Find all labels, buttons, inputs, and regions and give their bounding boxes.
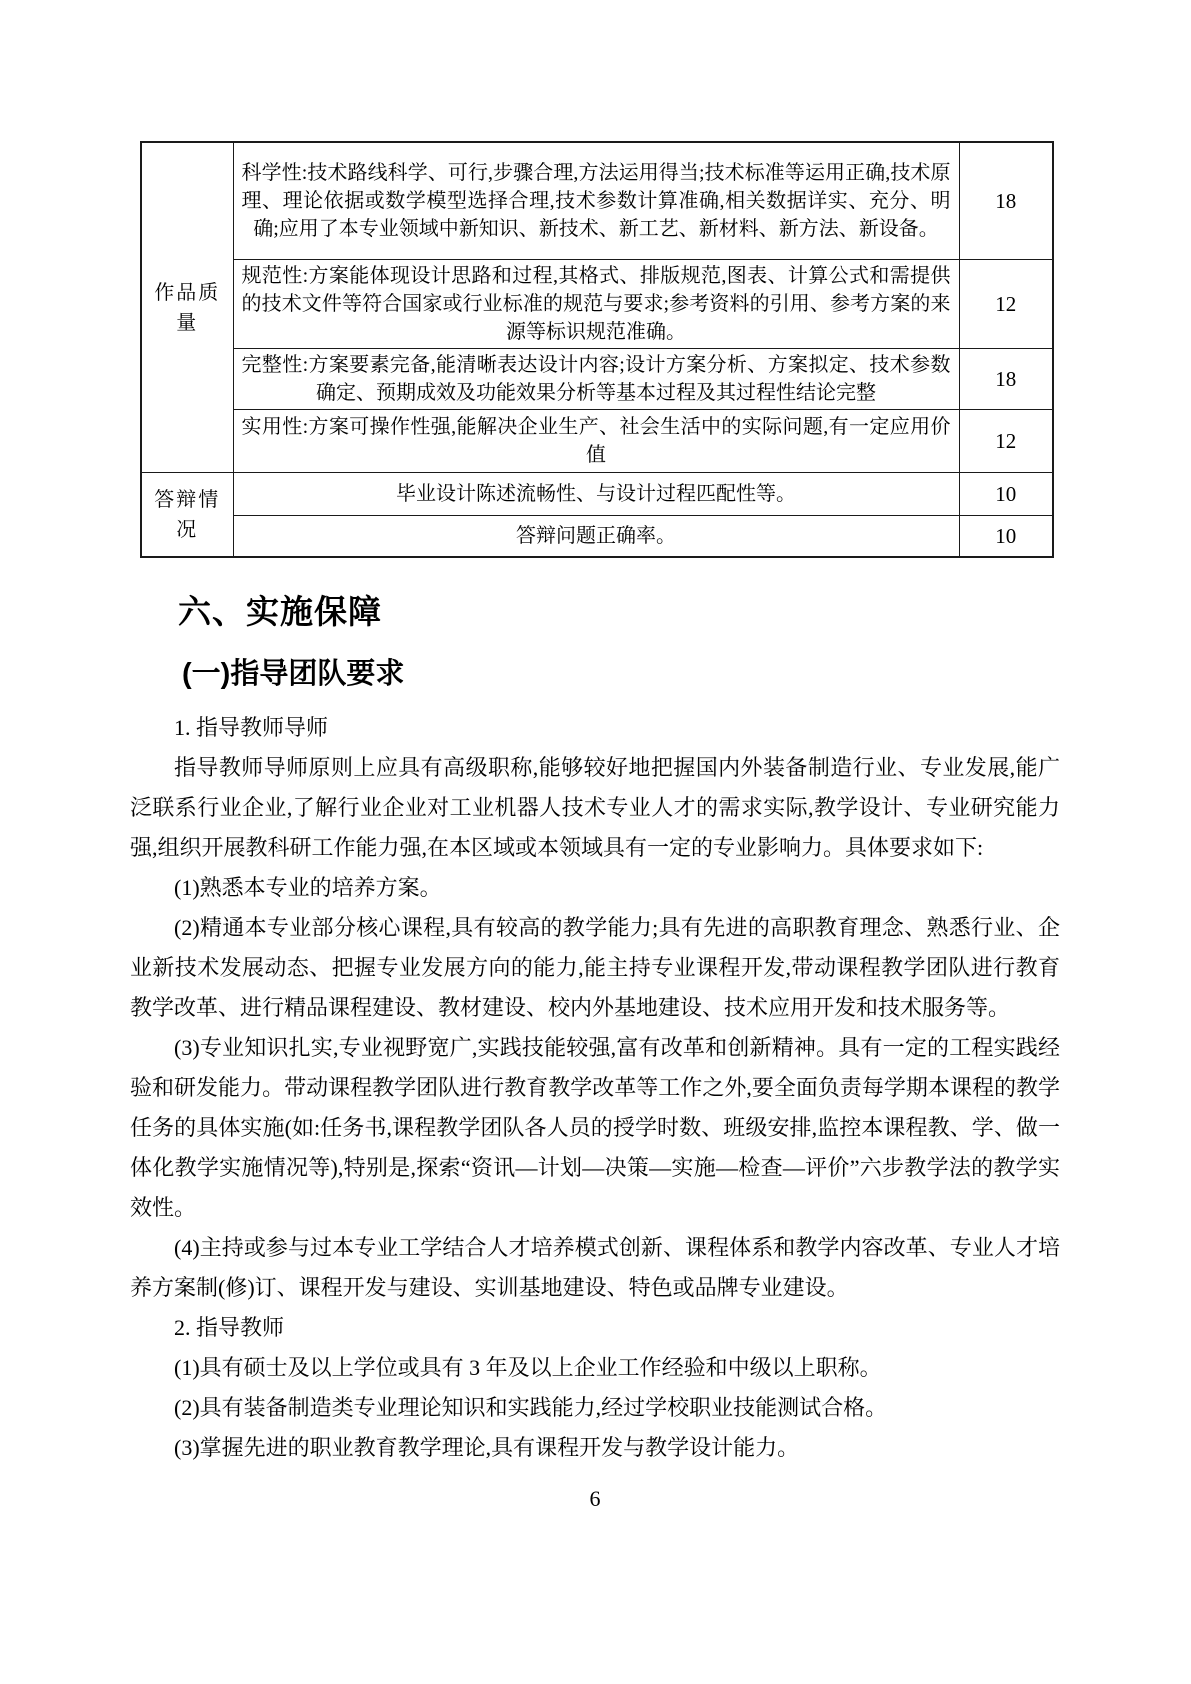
criteria-cell: 完整性:方案要素完备,能清晰表达设计内容;设计方案分析、方案拟定、技术参数确定、… <box>233 349 959 410</box>
body-paragraph: 指导教师导师原则上应具有高级职称,能够较好地把握国内外装备制造行业、专业发展,能… <box>130 748 1060 868</box>
score-cell: 18 <box>959 142 1053 260</box>
score-cell: 12 <box>959 410 1053 473</box>
score-table: 作品质量 科学性:技术路线科学、可行,步骤合理,方法运用得当;技术标准等运用正确… <box>140 141 1054 558</box>
page-content: 作品质量 科学性:技术路线科学、可行,步骤合理,方法运用得当;技术标准等运用正确… <box>130 141 1060 1512</box>
category-cell: 答辩情况 <box>141 473 233 558</box>
criteria-cell: 毕业设计陈述流畅性、与设计过程匹配性等。 <box>233 473 959 516</box>
score-cell: 18 <box>959 349 1053 410</box>
score-cell: 10 <box>959 473 1053 516</box>
table-row: 答辩问题正确率。 10 <box>141 516 1053 558</box>
criteria-cell: 科学性:技术路线科学、可行,步骤合理,方法运用得当;技术标准等运用正确,技术原理… <box>233 142 959 260</box>
table-row: 完整性:方案要素完备,能清晰表达设计内容;设计方案分析、方案拟定、技术参数确定、… <box>141 349 1053 410</box>
page-number: 6 <box>130 1486 1060 1512</box>
body-paragraph: (2)具有装备制造类专业理论知识和实践能力,经过学校职业技能测试合格。 <box>130 1388 1060 1428</box>
table-row: 作品质量 科学性:技术路线科学、可行,步骤合理,方法运用得当;技术标准等运用正确… <box>141 142 1053 260</box>
body-paragraph: 2. 指导教师 <box>130 1308 1060 1348</box>
criteria-cell: 答辩问题正确率。 <box>233 516 959 558</box>
body-paragraph: (3)专业知识扎实,专业视野宽广,实践技能较强,富有改革和创新精神。具有一定的工… <box>130 1028 1060 1228</box>
score-cell: 10 <box>959 516 1053 558</box>
subsection-heading: (一)指导团队要求 <box>182 656 1060 692</box>
body-paragraph: 1. 指导教师导师 <box>130 708 1060 748</box>
body-paragraph: (1)具有硕士及以上学位或具有 3 年及以上企业工作经验和中级以上职称。 <box>130 1348 1060 1388</box>
body-text: 1. 指导教师导师 指导教师导师原则上应具有高级职称,能够较好地把握国内外装备制… <box>130 708 1060 1468</box>
section-heading: 六、实施保障 <box>178 592 1060 632</box>
document-page: 作品质量 科学性:技术路线科学、可行,步骤合理,方法运用得当;技术标准等运用正确… <box>0 0 1191 1684</box>
criteria-cell: 规范性:方案能体现设计思路和过程,其格式、排版规范,图表、计算公式和需提供的技术… <box>233 260 959 349</box>
score-cell: 12 <box>959 260 1053 349</box>
criteria-cell: 实用性:方案可操作性强,能解决企业生产、社会生活中的实际问题,有一定应用价值 <box>233 410 959 473</box>
body-paragraph: (4)主持或参与过本专业工学结合人才培养模式创新、课程体系和教学内容改革、专业人… <box>130 1228 1060 1308</box>
table-row: 规范性:方案能体现设计思路和过程,其格式、排版规范,图表、计算公式和需提供的技术… <box>141 260 1053 349</box>
body-paragraph: (3)掌握先进的职业教育教学理论,具有课程开发与教学设计能力。 <box>130 1428 1060 1468</box>
table-row: 实用性:方案可操作性强,能解决企业生产、社会生活中的实际问题,有一定应用价值 1… <box>141 410 1053 473</box>
body-paragraph: (1)熟悉本专业的培养方案。 <box>130 868 1060 908</box>
table-row: 答辩情况 毕业设计陈述流畅性、与设计过程匹配性等。 10 <box>141 473 1053 516</box>
body-paragraph: (2)精通本专业部分核心课程,具有较高的教学能力;具有先进的高职教育理念、熟悉行… <box>130 908 1060 1028</box>
category-cell: 作品质量 <box>141 142 233 473</box>
